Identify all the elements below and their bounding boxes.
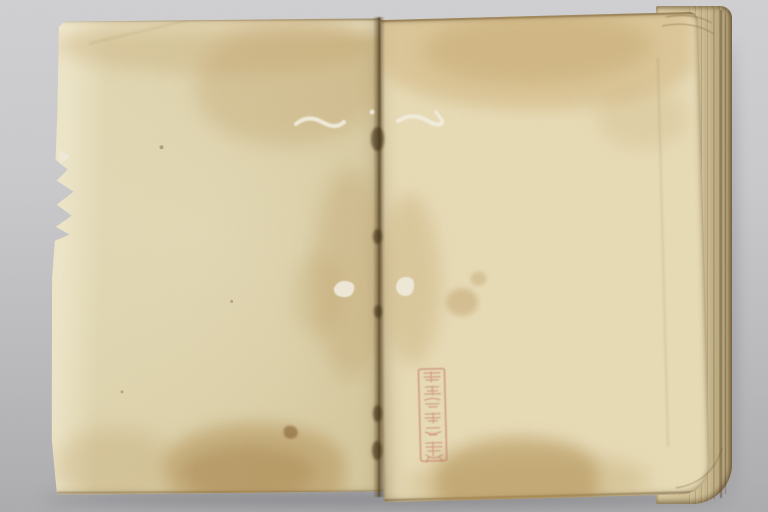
right-page (372, 12, 711, 502)
stitch-knot (372, 441, 382, 460)
left-page (45, 17, 383, 494)
stitch-knot (374, 305, 382, 318)
page-edge-line (720, 10, 722, 498)
water-stain-bottom (435, 435, 599, 503)
spine-gutter (373, 17, 385, 497)
stitch-knot (373, 405, 382, 422)
speck (160, 145, 164, 149)
stitch-knot (373, 229, 382, 244)
water-stain-bottom-left (53, 428, 177, 495)
page-edge-line (725, 14, 726, 494)
water-stain-top (377, 12, 695, 114)
water-stain-bottom-core (181, 445, 315, 495)
page-top-edge (372, 12, 698, 23)
crease-line (89, 17, 296, 44)
stain-blob (446, 288, 479, 317)
water-stain-gutter (378, 193, 442, 367)
stain-speck (470, 271, 486, 285)
photo-scene (0, 0, 768, 512)
brown-spot (284, 426, 298, 439)
red-seal-stamp (415, 366, 452, 467)
water-stain-bottom (165, 422, 345, 494)
water-stain-top (57, 17, 379, 74)
speck (230, 300, 233, 303)
water-stain-top-right (596, 86, 690, 150)
water-stain-top-core (195, 19, 382, 146)
water-stain-gutter2 (292, 253, 344, 337)
crease-line (657, 57, 669, 447)
page-top-edge (59, 18, 381, 21)
water-stain-top-core (422, 12, 654, 87)
page-edge-line (714, 8, 715, 500)
speck (121, 390, 124, 393)
stitch-knot (371, 127, 384, 151)
